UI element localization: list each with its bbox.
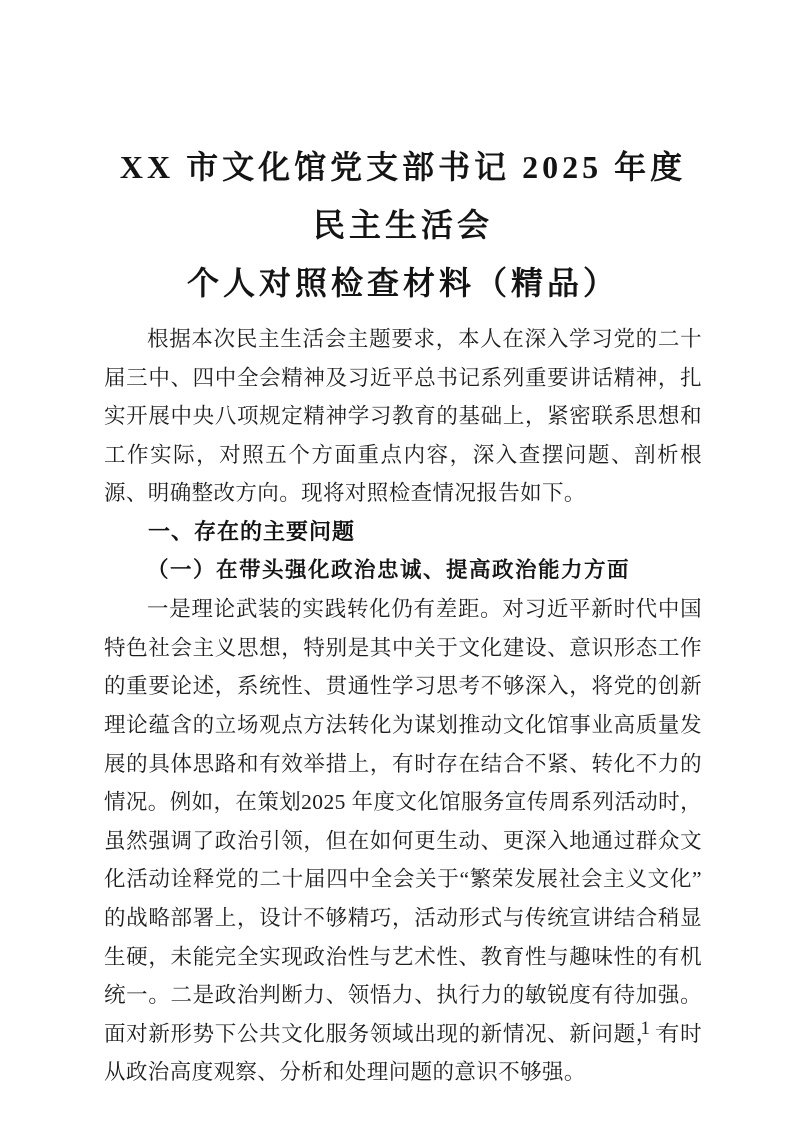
document-title-line-1: XX 市文化馆党支部书记 2025 年度民主生活会 [104,138,702,254]
document-page: XX 市文化馆党支部书记 2025 年度民主生活会 个人对照检查材料（精品） 根… [0,0,793,1122]
intro-paragraph: 根据本次民主生活会主题要求，本人在深入学习党的二十届三中、四中全会精神及习近平总… [104,320,702,513]
subsection-body-paragraph: 一是理论武装的实践转化仍有差距。对习近平新时代中国特色社会主义思想，特别是其中关… [104,590,702,1092]
document-title-line-2: 个人对照检查材料（精品） [104,254,702,312]
page-number-dash-left: — [610,1018,641,1039]
section-heading-main-problems: 一、存在的主要问题 [104,513,702,552]
document-title: XX 市文化馆党支部书记 2025 年度民主生活会 个人对照检查材料（精品） [104,138,702,312]
page-number: 1 [641,1018,651,1039]
page-number-footer: —1— [610,1018,682,1040]
page-number-dash-right: — [650,1018,681,1039]
subsection-heading-political-loyalty: （一）在带头强化政治忠诚、提高政治能力方面 [104,552,702,591]
document-content: XX 市文化馆党支部书记 2025 年度民主生活会 个人对照检查材料（精品） 根… [104,138,702,1092]
